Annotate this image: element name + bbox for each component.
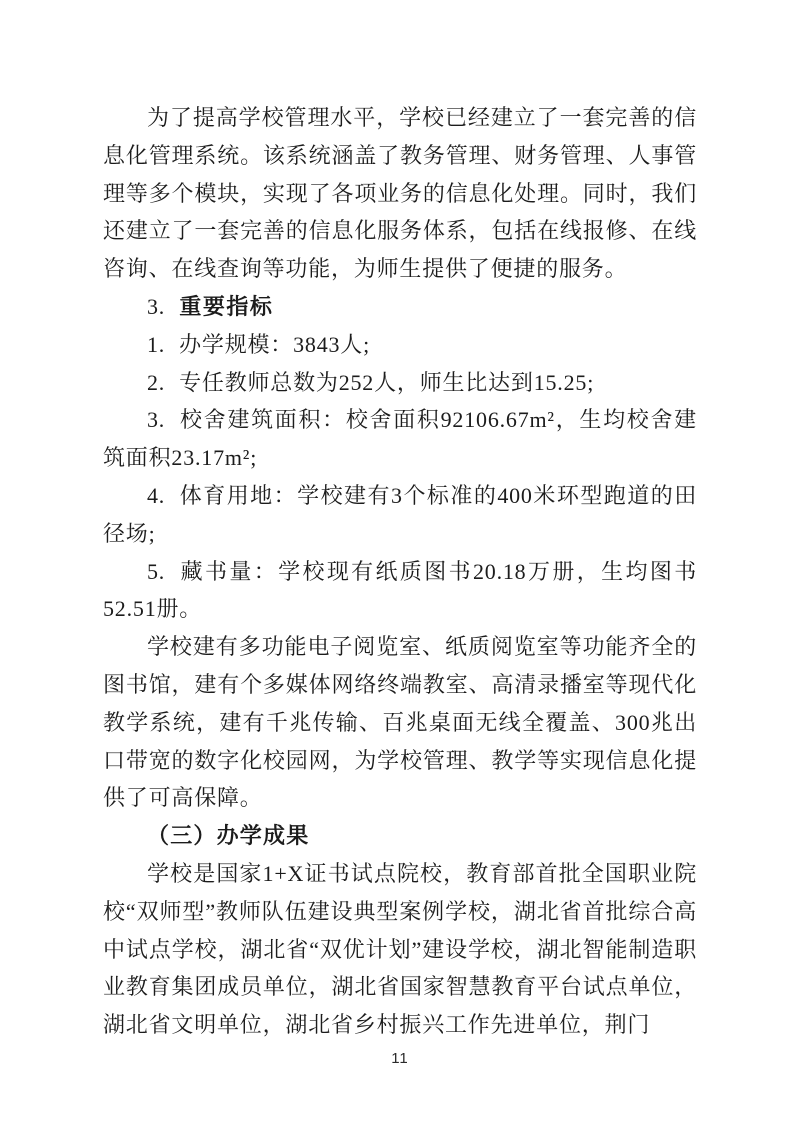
paragraph-intro: 为了提高学校管理水平，学校已经建立了一套完善的信息化管理系统。该系统涵盖了教务管… — [103, 99, 697, 288]
paragraph-achievements: 学校是国家1+X证书试点院校，教育部首批全国职业院校“双师型”教师队伍建设典型案… — [103, 855, 697, 1044]
paragraph-facilities: 学校建有多功能电子阅览室、纸质阅览室等功能齐全的图书馆，建有个多媒体网络终端教室… — [103, 628, 697, 817]
page-number: 11 — [0, 1050, 800, 1067]
list-item-enrollment: 1. 办学规模：3843人; — [103, 326, 697, 364]
heading-number: 3. — [147, 294, 165, 319]
list-item-teachers: 2. 专任教师总数为252人，师生比达到15.25; — [103, 364, 697, 402]
section-heading-important-indicators: 3.重要指标 — [103, 288, 697, 326]
heading-label: 重要指标 — [179, 294, 273, 319]
list-item-sports-ground: 4. 体育用地：学校建有3个标准的400米环型跑道的田径场; — [103, 477, 697, 553]
document-content: 为了提高学校管理水平，学校已经建立了一套完善的信息化管理系统。该系统涵盖了教务管… — [103, 99, 697, 1044]
document-page: 为了提高学校管理水平，学校已经建立了一套完善的信息化管理系统。该系统涵盖了教务管… — [0, 0, 800, 1131]
list-item-building-area: 3. 校舍建筑面积：校舍面积92106.67m²，生均校舍建筑面积23.17m²… — [103, 401, 697, 477]
list-item-library-collection: 5. 藏书量：学校现有纸质图书20.18万册，生均图书52.51册。 — [103, 553, 697, 629]
section-heading-achievements: （三）办学成果 — [103, 817, 697, 855]
